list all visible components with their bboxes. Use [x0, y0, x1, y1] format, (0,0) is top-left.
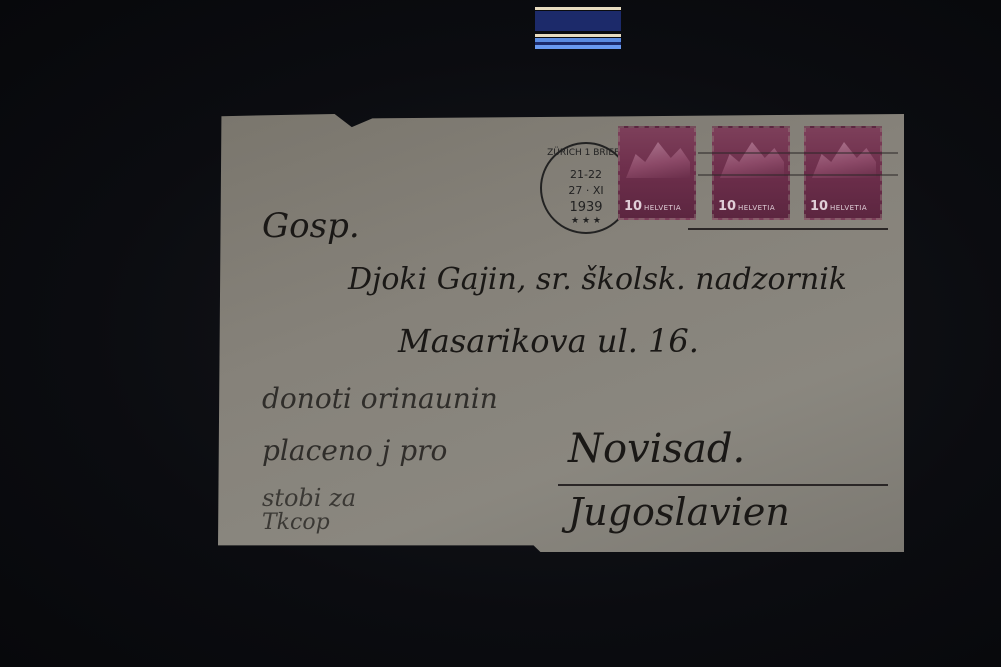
note-line: Tkcop — [262, 510, 330, 535]
cancel-line — [698, 174, 898, 176]
mountain-image — [720, 138, 784, 178]
postage-stamp: 10 HELVETIA — [618, 126, 696, 220]
mountain-image — [626, 138, 690, 178]
salutation: Gosp. — [262, 206, 360, 246]
postage-stamp: 10 HELVETIA — [712, 126, 790, 220]
postage-stamp: 10 HELVETIA — [804, 126, 882, 220]
postmark-stars: ★ ★ ★ — [542, 216, 630, 226]
postmark-time: 21-22 — [542, 168, 630, 181]
cancel-line — [698, 152, 898, 154]
postmark-city: ZÜRICH 1 BRIEFE — [542, 148, 630, 158]
ribbon-stripe — [535, 11, 621, 31]
mountain-image — [812, 138, 876, 178]
stamp-country: HELVETIA — [644, 204, 681, 212]
note-line: stobi za — [262, 484, 356, 512]
postmark-date: 27 · XI — [542, 184, 630, 197]
postmark-year: 1939 — [542, 200, 630, 215]
envelope: ZÜRICH 1 BRIEFE 21-22 27 · XI 1939 ★ ★ ★… — [218, 114, 904, 552]
ribbon-stripe — [535, 34, 621, 37]
country: Jugoslavien — [568, 490, 790, 534]
city: Novisad. — [568, 426, 745, 472]
street-address: Masarikova ul. 16. — [398, 322, 699, 360]
stamp-value: 10 — [810, 199, 828, 214]
stamp-country: HELVETIA — [830, 204, 867, 212]
underline — [558, 484, 888, 486]
stamp-country: HELVETIA — [738, 204, 775, 212]
ribbon-stripe — [535, 45, 621, 49]
ribbon-medal-bar — [535, 5, 621, 49]
stamp-value: 10 — [718, 199, 736, 214]
cancel-line — [688, 228, 888, 230]
stamp-value: 10 — [624, 199, 642, 214]
ribbon-stripe — [535, 7, 621, 10]
recipient-name: Djoki Gajin, sr. školsk. nadzornik — [348, 262, 847, 297]
note-line: placeno j pro — [262, 434, 447, 467]
note-line: donoti orinaunin — [262, 382, 498, 415]
